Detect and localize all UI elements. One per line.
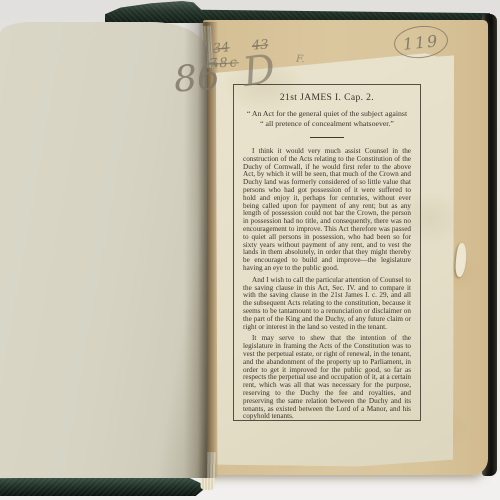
pencil-scribble-small: F. bbox=[296, 54, 305, 65]
divider-rule bbox=[310, 137, 344, 138]
book-cover-bottom-edge bbox=[0, 477, 206, 496]
pencil-circled-number-text: 119 bbox=[402, 31, 440, 54]
book-photograph: 21st JAMES I. Cap. 2. “ An Act for the g… bbox=[0, 0, 500, 500]
document-subtitle-line2: “ all pretence of concealment whatsoever… bbox=[243, 119, 411, 129]
printed-border-frame: 21st JAMES I. Cap. 2. “ An Act for the g… bbox=[233, 84, 421, 421]
document-subtitle-line1: “ An Act for the general quiet of the su… bbox=[243, 109, 411, 119]
document-title: 21st JAMES I. Cap. 2. bbox=[243, 93, 411, 103]
pencil-scribble-flourish: D bbox=[240, 46, 278, 96]
document-paragraph-1: I think it would very much assist Counse… bbox=[243, 148, 411, 273]
document-paragraph-3: It may serve to shew that the intention … bbox=[243, 335, 411, 421]
pencil-scribble-row1-a: 34 bbox=[212, 40, 230, 57]
document-paragraph-2: And I wish to call the particular attent… bbox=[243, 277, 411, 332]
pencil-scribble-large-number: 86 bbox=[173, 56, 222, 100]
